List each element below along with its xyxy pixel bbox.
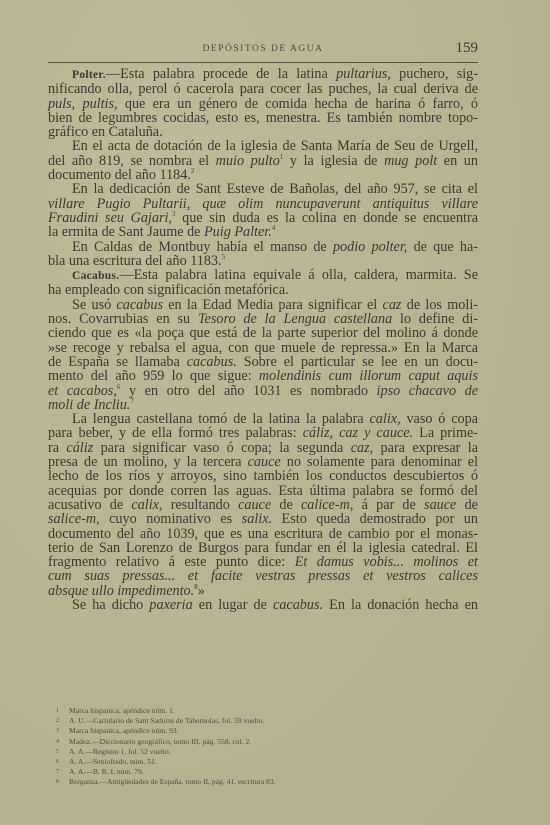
text-line: terio de San Lorenzo de Burgos para fund… bbox=[48, 541, 478, 555]
footnote: 6A. A.—Seniofredo, núm. 51. bbox=[56, 757, 376, 767]
text-run: ipso chacavo de bbox=[377, 383, 478, 399]
footnote-mark: 1 bbox=[56, 707, 69, 716]
text-line: presa de un molino, y la tercera cauce n… bbox=[48, 455, 478, 469]
text-line: Cacabus.—Esta palabra latina equivale á … bbox=[48, 268, 478, 283]
text-line: para beber, y de ella formó tres palabra… bbox=[48, 426, 478, 440]
footnote-text: Marca hispanica, apéndice núm. 93. bbox=[69, 726, 178, 735]
text-line: mento del año 959 lo que sigue: molendin… bbox=[48, 369, 478, 383]
text-line: Polter.—Esta palabra procede de la latin… bbox=[48, 67, 478, 82]
text-line: lecho de los ríos y arroyos, sino tambié… bbox=[48, 469, 478, 483]
text-run: y en otro del año 1031 es nombrado bbox=[120, 383, 376, 399]
footnote: 5A. A.—Registro 1, fol. 52 vuelto. bbox=[56, 747, 376, 757]
text-line: puls, pultis, que era un género de comid… bbox=[48, 97, 478, 111]
text-run: y la iglesia de bbox=[283, 153, 384, 169]
text-line: ra cáliz para significar vaso ó copa; la… bbox=[48, 441, 478, 455]
text-line: »se recoge y rebalsa el agua, con que mu… bbox=[48, 341, 478, 355]
text-line: gráfico en Cataluña. bbox=[48, 125, 478, 139]
text-run: muio pulto bbox=[216, 153, 280, 169]
text-run: Se ha dicho bbox=[72, 597, 149, 613]
footnote-mark: 7 bbox=[56, 768, 69, 777]
book-page: DEPÓSITOS DE AGUA 159 Polter.—Esta palab… bbox=[0, 0, 550, 825]
text-line: documento del año 1184.2 bbox=[48, 168, 478, 182]
footnote-mark: 8 bbox=[56, 778, 69, 787]
text-line: cum suas pressas... et facite vestras pr… bbox=[48, 569, 478, 583]
text-run: puchero, sig- bbox=[391, 66, 478, 82]
entry-heading: Polter. bbox=[72, 69, 106, 81]
text-line: acusativo de calix, resultando cauce de … bbox=[48, 498, 478, 512]
text-run: en un bbox=[437, 153, 478, 169]
text-line: Se usó cacabus en la Edad Media para sig… bbox=[48, 298, 478, 312]
text-line: bla una escritura del año 1183.5 bbox=[48, 254, 478, 268]
running-head: DEPÓSITOS DE AGUA 159 bbox=[48, 42, 478, 60]
text-line: absque ullo impedimento.8» bbox=[48, 584, 478, 598]
footnote-mark: 3 bbox=[56, 727, 69, 736]
text-run: paxeria bbox=[149, 597, 192, 613]
footnote-text: Berganza.—Antigüedades de España, tomo I… bbox=[69, 777, 276, 786]
text-line: En el acta de dotación de la iglesia de … bbox=[48, 139, 478, 153]
text-run: de que ha- bbox=[407, 239, 478, 255]
body-text: Polter.—Esta palabra procede de la latin… bbox=[48, 67, 478, 612]
text-run: —Esta palabra procede de la latina bbox=[106, 66, 336, 82]
footnote-mark: 5 bbox=[56, 748, 69, 757]
footnote-text: A. A.—Registro 1, fol. 52 vuelto. bbox=[69, 747, 171, 756]
running-title: DEPÓSITOS DE AGUA bbox=[48, 44, 478, 54]
text-line: de España se llamaba cacabus. Sobre el p… bbox=[48, 355, 478, 369]
text-line: ha empleado con significación metafórica… bbox=[48, 283, 478, 297]
text-run: —Esta palabra latina equivale á olla, ca… bbox=[119, 267, 478, 283]
text-run: pultarius, bbox=[336, 66, 391, 82]
footnote: 4Madoz.—Diccionario geográfico, tomo III… bbox=[56, 737, 376, 747]
text-run: cacabus. bbox=[273, 597, 323, 613]
text-line: bien de legumbres cocidas, esto es, mene… bbox=[48, 111, 478, 125]
footnotes: 1Marca hispanica, apéndice núm. 1.2A. U.… bbox=[56, 706, 376, 788]
entry-heading: Cacabus. bbox=[72, 270, 119, 282]
footnote: 1Marca hispanica, apéndice núm. 1. bbox=[56, 706, 376, 716]
text-line: del año 819, se nombra el muio pulto1 y … bbox=[48, 154, 478, 168]
footnote: 3Marca hispanica, apéndice núm. 93. bbox=[56, 726, 376, 736]
footnote-ref: 4 bbox=[272, 224, 276, 232]
footnote: 2A. U.—Cartulario de Sant Sadurní de Tab… bbox=[56, 716, 376, 726]
footnote: 7A. A.—B. R. I, núm. 79. bbox=[56, 767, 376, 777]
text-line: et cacabos,6 y en otro del año 1031 es n… bbox=[48, 384, 478, 398]
text-line: documento del año 1039, que es una escri… bbox=[48, 527, 478, 541]
text-line: nificando olla, perol ó cacerola para co… bbox=[48, 82, 478, 96]
text-run: En la donación hecha en bbox=[323, 597, 478, 613]
footnote-text: Marca hispanica, apéndice núm. 1. bbox=[69, 706, 175, 715]
text-line: fragmento relativo á este punto dice: Et… bbox=[48, 555, 478, 569]
page-number: 159 bbox=[456, 40, 479, 57]
footnote-mark: 4 bbox=[56, 738, 69, 747]
footnote-mark: 6 bbox=[56, 758, 69, 767]
header-rule bbox=[48, 62, 478, 63]
footnote-ref: 5 bbox=[222, 253, 226, 261]
text-line: salice-m, cuyo nominativo es salix. Esto… bbox=[48, 512, 478, 526]
footnote-text: Madoz.—Diccionario geográfico, tomo III,… bbox=[69, 737, 251, 746]
text-line: ciendo que es «la poça que está de la pa… bbox=[48, 326, 478, 340]
footnote-ref: 2 bbox=[191, 167, 195, 175]
text-line: villare Pugio Pultarii, quæ olim nuncupa… bbox=[48, 197, 478, 211]
footnote-text: A. A.—B. R. I, núm. 79. bbox=[69, 767, 144, 776]
footnote: 8Berganza.—Antigüedades de España, tomo … bbox=[56, 777, 376, 787]
text-line: la ermita de Sant Jaume de Puig Palter.4 bbox=[48, 225, 478, 239]
text-line: En la dedicación de Sant Esteve de Bañol… bbox=[48, 182, 478, 196]
footnote-ref: 7 bbox=[130, 397, 134, 405]
text-line: En Caldas de Montbuy había el manso de p… bbox=[48, 240, 478, 254]
footnote-mark: 2 bbox=[56, 717, 69, 726]
text-run: mug polt bbox=[384, 153, 437, 169]
footnote-text: A. A.—Seniofredo, núm. 51. bbox=[69, 757, 157, 766]
text-line: moli de Incliu.7 bbox=[48, 398, 478, 412]
text-run: podio polter, bbox=[333, 239, 407, 255]
text-line: Se ha dicho paxeria en lugar de cacabus.… bbox=[48, 598, 478, 612]
text-line: nos. Covarrubias en su Tesoro de la Leng… bbox=[48, 312, 478, 326]
footnote-text: A. U.—Cartulario de Sant Sadurní de Tabe… bbox=[69, 716, 264, 725]
text-run: en lugar de bbox=[193, 597, 273, 613]
text-line: La lengua castellana tomó de la latina l… bbox=[48, 412, 478, 426]
text-line: Fraudini seu Gajari,3 que sin duda es la… bbox=[48, 211, 478, 225]
text-line: acequias por donde corren las aguas. Est… bbox=[48, 484, 478, 498]
